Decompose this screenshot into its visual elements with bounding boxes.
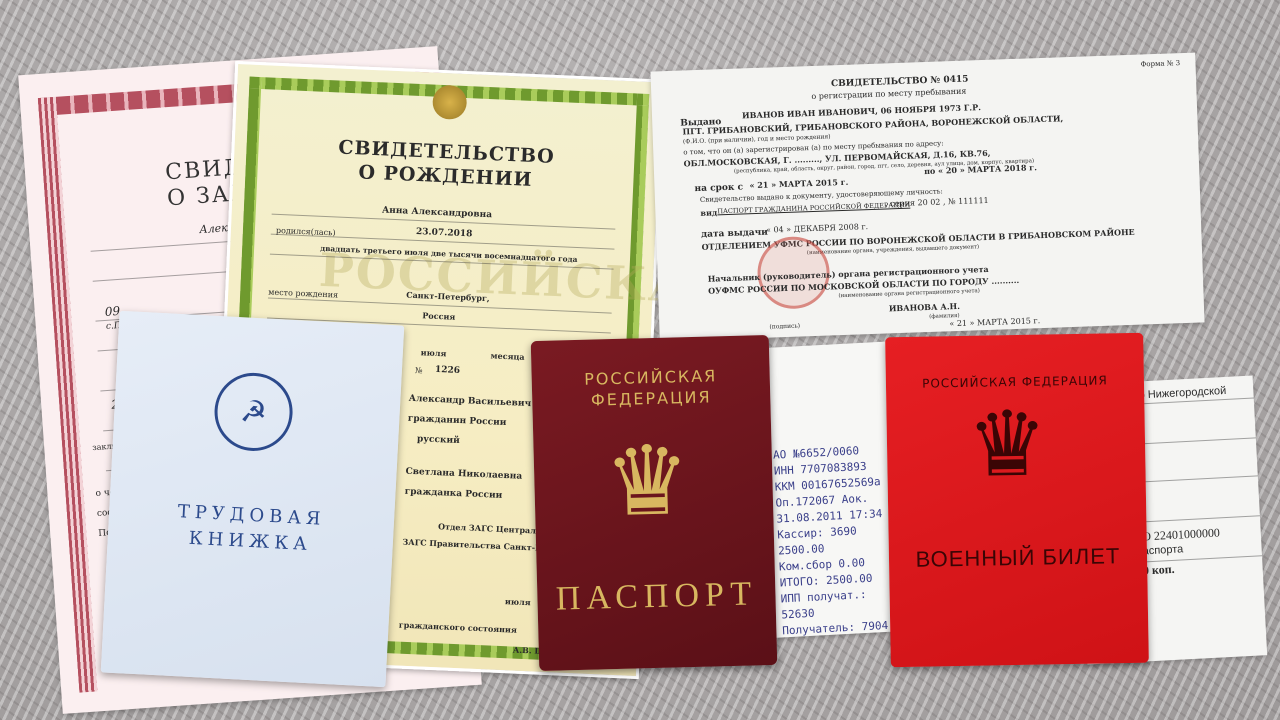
double-headed-eagle-icon: ♛ bbox=[603, 432, 692, 530]
hammer-sickle-icon: ☭ bbox=[239, 394, 268, 430]
issue-date: « 04 » ДЕКАБРЯ 2008 г. bbox=[766, 222, 868, 235]
birthplace: ПГТ. ГРИБАНОВСКИЙ, ГРИБАНОВСКОГО РАЙОНА,… bbox=[682, 113, 1063, 136]
passport-title: ПАСПОРТ bbox=[537, 575, 776, 619]
ornament-border bbox=[38, 97, 98, 693]
passport-header: РОССИЙСКАЯ ФЕДЕРАЦИЯ bbox=[532, 365, 771, 413]
label: месяца bbox=[490, 350, 524, 361]
label: на срок с bbox=[694, 182, 743, 194]
record-number: 1226 bbox=[435, 365, 460, 376]
field-text: Алек bbox=[199, 221, 228, 236]
record-month: июля bbox=[421, 347, 447, 358]
military-header: РОССИЙСКАЯ ФЕДЕРАЦИЯ bbox=[886, 373, 1144, 392]
doc-series: , серия 20 02 , № 111111 bbox=[885, 196, 989, 209]
issue-month: июля bbox=[505, 596, 531, 607]
labour-book-title: ТРУДОВАЯ КНИЖКА bbox=[107, 496, 394, 563]
term-from: « 21 » МАРТА 2015 г. bbox=[749, 177, 848, 190]
doc-type: ПАСПОРТ ГРАЖДАНИНА РОССИЙСКОЙ ФЕДЕРАЦИИ bbox=[717, 201, 910, 216]
label: № bbox=[415, 366, 423, 375]
hint: (подпись) bbox=[769, 323, 800, 331]
sign-date: « 21 » МАРТА 2015 г. bbox=[949, 316, 1040, 328]
receipt-lines: АО №6652/0060ИНН 7707083893ККМ 001676525… bbox=[773, 441, 903, 639]
registration-certificate: СВИДЕТЕЛЬСТВО № 0415 о регистрации по ме… bbox=[650, 53, 1204, 342]
birth-country: Россия bbox=[422, 310, 455, 321]
military-title: ВОЕННЫЙ БИЛЕТ bbox=[889, 543, 1147, 573]
field-text: 09 bbox=[104, 304, 120, 319]
father-nationality: русский bbox=[417, 434, 460, 446]
double-headed-eagle-icon: ♛ bbox=[966, 399, 1048, 490]
label: дата выдачи bbox=[701, 228, 768, 240]
signer: ИВАНОВА А.Н. bbox=[889, 301, 960, 313]
form-label: Форма № 3 bbox=[1140, 59, 1180, 68]
labour-book: ☭ ТРУДОВАЯ КНИЖКА bbox=[101, 311, 405, 687]
ussr-emblem-icon: ☭ bbox=[213, 371, 295, 453]
passport: РОССИЙСКАЯ ФЕДЕРАЦИЯ ♛ ПАСПОРТ bbox=[531, 335, 778, 671]
military-id: РОССИЙСКАЯ ФЕДЕРАЦИЯ ♛ ВОЕННЫЙ БИЛЕТ bbox=[885, 333, 1149, 667]
label: вид bbox=[700, 207, 717, 218]
